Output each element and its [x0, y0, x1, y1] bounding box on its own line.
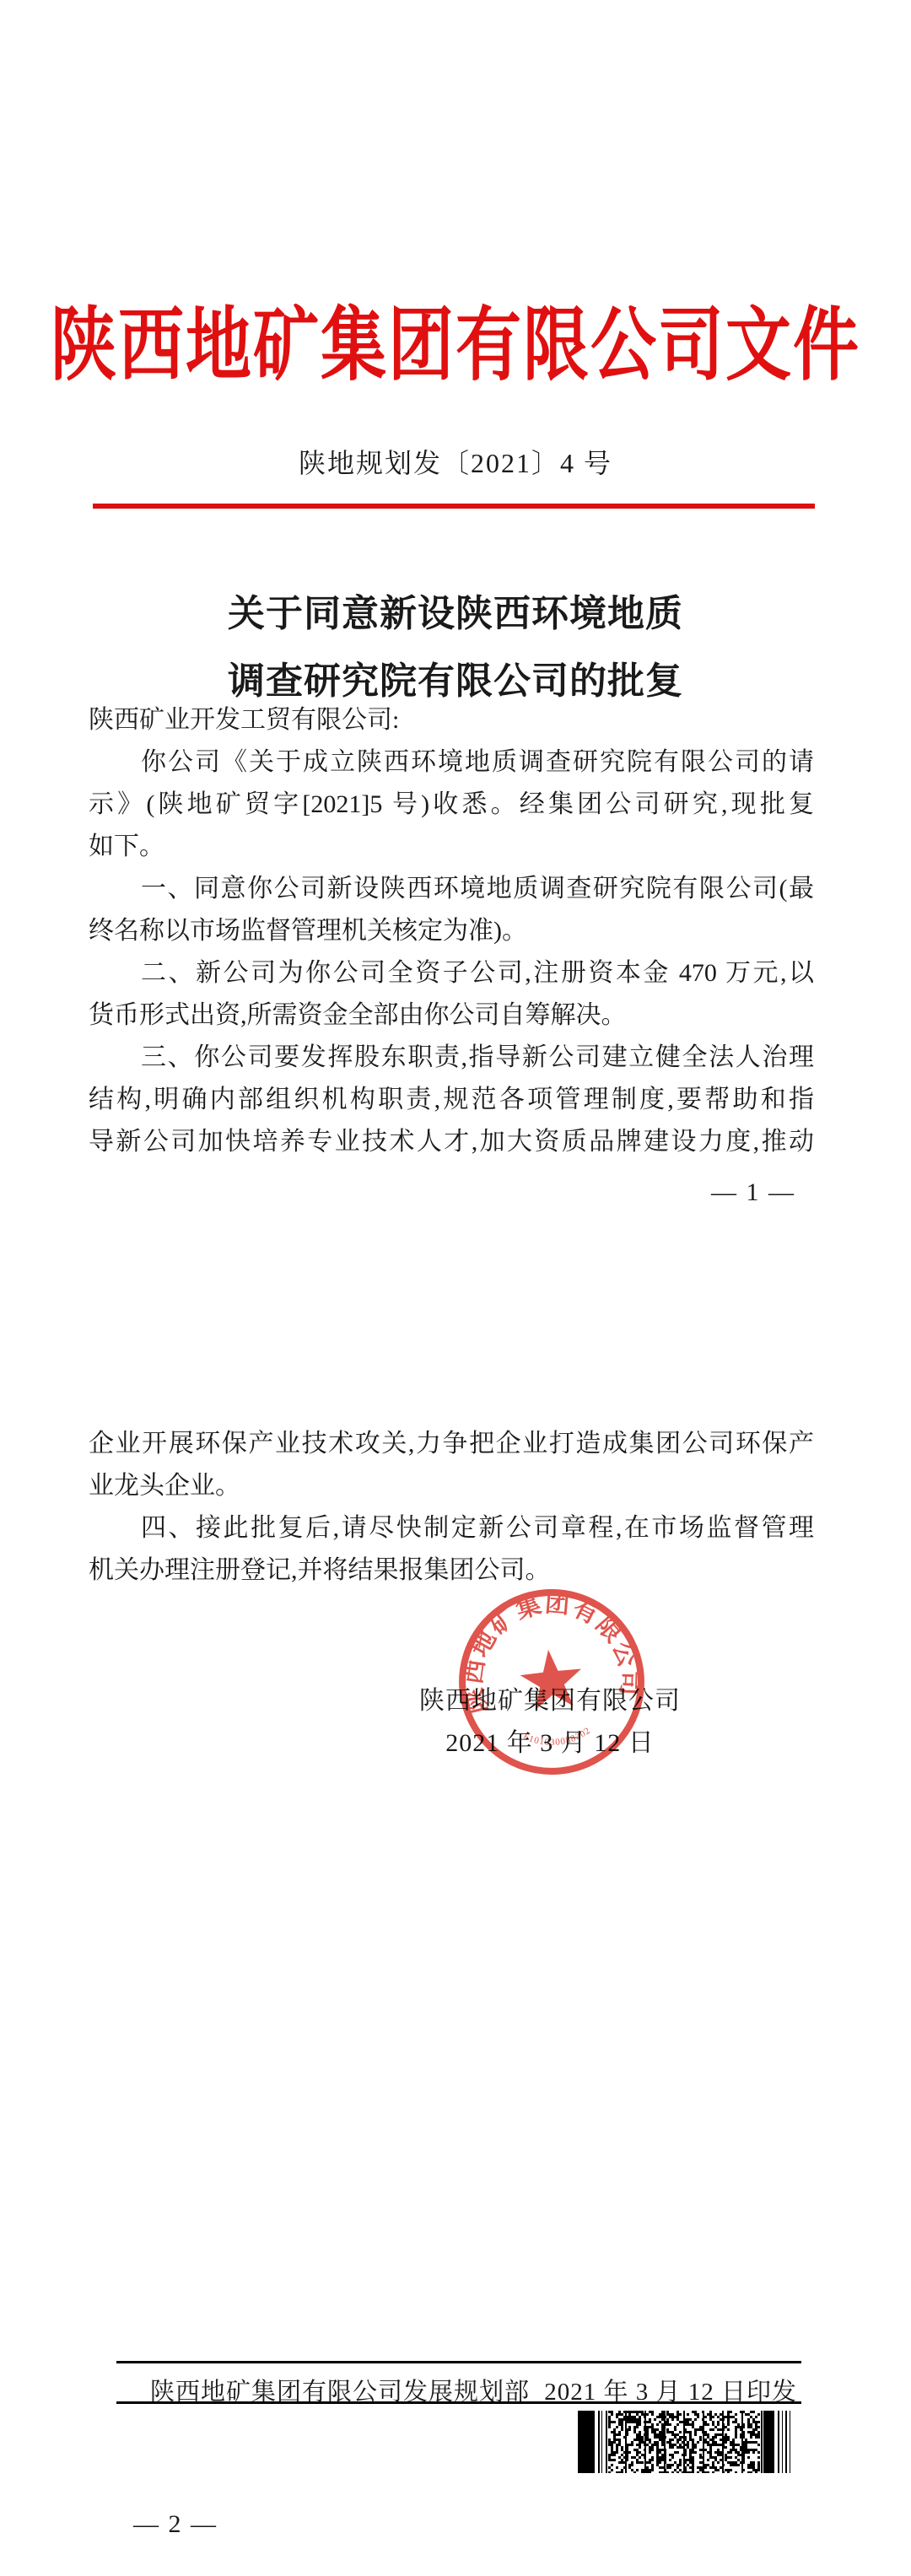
page-1-marker: — 1 — [89, 1172, 814, 1214]
body-page2: 企业开展环保产业技术攻关,力争把企业打造成集团公司环保产 业龙头企业。 四、接此… [89, 1423, 814, 1592]
footer-bottom-rule [116, 2401, 801, 2404]
red-separator-rule [93, 504, 815, 509]
salutation: 陕西矿业开发工贸有限公司: [89, 699, 814, 741]
footer-top-rule [116, 2361, 801, 2363]
body-line: 三、你公司要发挥股东职责,指导新公司建立健全法人治理 [89, 1037, 814, 1079]
body-line: 导新公司加快培养专业技术人才,加大资质品牌建设力度,推动 [89, 1121, 814, 1163]
body-line: 业龙头企业。 [89, 1465, 814, 1507]
subject-title: 关于同意新设陕西环境地质 调查研究院有限公司的批复 [0, 580, 911, 715]
document-page: 陕西地矿集团有限公司文件 陕地规划发〔2021〕4 号 关于同意新设陕西环境地质… [0, 0, 911, 2576]
body-line: 终名称以市场监督管理机关核定为准)。 [89, 910, 814, 952]
svg-text:6101030088302: 6101030088302 [521, 1725, 594, 1751]
body-line: 机关办理注册登记,并将结果报集团公司。 [89, 1549, 814, 1592]
subject-title-line1: 关于同意新设陕西环境地质 [0, 580, 911, 648]
body-line: 你公司《关于成立陕西环境地质调查研究院有限公司的请 [89, 741, 814, 784]
barcode [578, 2411, 797, 2473]
body-line: 二、新公司为你公司全资子公司,注册资本金 470 万元,以 [89, 952, 814, 994]
body-line: 结构,明确内部组织机构职责,规范各项管理制度,要帮助和指 [89, 1079, 814, 1121]
body-line: 四、接此批复后,请尽快制定新公司章程,在市场监督管理 [89, 1507, 814, 1549]
official-seal-svg: 陕西地矿集团有限公司 6101030088302 [445, 1575, 660, 1790]
body-line: 如下。 [89, 826, 814, 868]
official-seal: 陕西地矿集团有限公司 6101030088302 [445, 1575, 660, 1790]
seal-serial-text: 6101030088302 [521, 1725, 594, 1751]
body-line: 一、同意你公司新设陕西环境地质调查研究院有限公司(最 [89, 868, 814, 910]
body-page1: 陕西矿业开发工贸有限公司: 你公司《关于成立陕西环境地质调查研究院有限公司的请 … [89, 699, 814, 1163]
seal-star-icon [518, 1646, 585, 1711]
barcode-svg [578, 2411, 797, 2473]
body-line: 企业开展环保产业技术攻关,力争把企业打造成集团公司环保产 [89, 1423, 814, 1465]
doc-number: 陕地规划发〔2021〕4 号 [0, 442, 911, 481]
body-line: 示》(陕地矿贸字[2021]5 号)收悉。经集团公司研究,现批复 [89, 784, 814, 826]
page-2-marker: — 2 — [133, 2503, 218, 2546]
letterhead-org-title: 陕西地矿集团有限公司文件 [0, 281, 911, 396]
body-line: 货币形式出资,所需资金全部由你公司自筹解决。 [89, 994, 814, 1037]
footer-row: 陕西地矿集团有限公司发展规划部 2021 年 3 月 12 日印发 [116, 2373, 801, 2400]
